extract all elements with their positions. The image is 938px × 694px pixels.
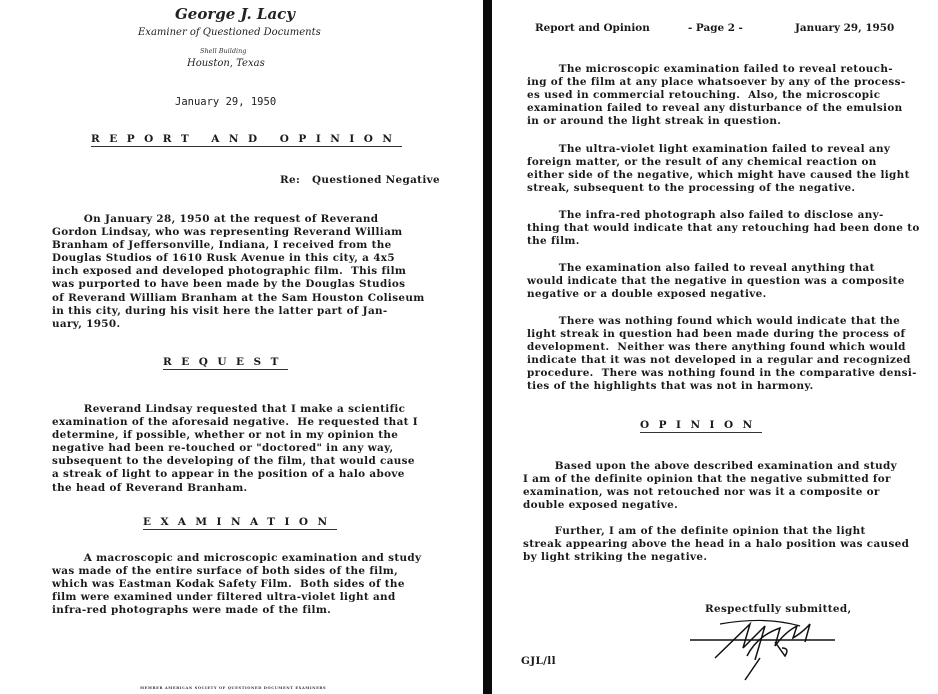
text-line: would indicate that the negative in ques… <box>527 275 905 288</box>
page2-header-left: Report and Opinion <box>535 22 650 34</box>
text-line: The infra-red photograph also failed to … <box>527 209 920 222</box>
request-heading: REQUEST <box>163 356 288 368</box>
intro-paragraph: On January 28, 1950 at the request of Re… <box>52 213 425 331</box>
text-line: On January 28, 1950 at the request of Re… <box>52 213 425 226</box>
text-line: in this city, during his visit here the … <box>52 305 425 318</box>
closing-text: Respectfully submitted, <box>705 603 851 616</box>
text-line: infra-red photographs were made of the f… <box>52 604 421 617</box>
text-line: subsequent to the developing of the film… <box>52 455 418 468</box>
text-line: The examination also failed to reveal an… <box>527 262 905 275</box>
text-line: either side of the negative, which might… <box>527 169 910 182</box>
page-divider <box>483 0 492 694</box>
text-line: procedure. There was nothing found in th… <box>527 367 917 380</box>
text-line: streak appearing above the head in a hal… <box>523 538 909 551</box>
text-line: A macroscopic and microscopic examinatio… <box>52 552 421 565</box>
subject-line: Re: Questioned Negative <box>280 174 440 187</box>
text-line: examination, was not retouched nor was i… <box>523 486 897 499</box>
opinion-paragraph-2: Further, I am of the definite opinion th… <box>523 525 909 564</box>
text-line: Gordon Lindsay, who was representing Rev… <box>52 226 425 239</box>
page2-header-page: - Page 2 - <box>688 22 743 34</box>
text-line: negative or a double exposed negative. <box>527 288 905 301</box>
letterhead-city: Houston, Texas <box>187 58 265 69</box>
text-line: indicate that it was not developed in a … <box>527 354 917 367</box>
text-line: thing that would indicate that any retou… <box>527 222 920 235</box>
text-line: I am of the definite opinion that the ne… <box>523 473 897 486</box>
letterhead-title: Examiner of Questioned Documents <box>138 27 321 38</box>
opinion-paragraph-1: Based upon the above described examinati… <box>523 460 897 512</box>
page2-paragraph-5: There was nothing found which would indi… <box>527 315 917 394</box>
letterhead-name: George J. Lacy <box>175 5 295 23</box>
text-line: a streak of light to appear in the posit… <box>52 468 418 481</box>
text-line: in or around the light streak in questio… <box>527 115 906 128</box>
text-line: Based upon the above described examinati… <box>523 460 897 473</box>
text-line: was made of the entire surface of both s… <box>52 565 421 578</box>
text-line: examination failed to reveal any disturb… <box>527 102 906 115</box>
text-line: es used in commercial retouching. Also, … <box>527 89 906 102</box>
signature-icon <box>685 618 865 688</box>
text-line: The ultra-violet light examination faile… <box>527 143 910 156</box>
typist-initials: GJL/ll <box>521 655 556 668</box>
text-line: which was Eastman Kodak Safety Film. Bot… <box>52 578 421 591</box>
text-line: foreign matter, or the result of any che… <box>527 156 910 169</box>
letterhead-footer: MEMBER AMERICAN SOCIETY OF QUESTIONED DO… <box>140 686 326 690</box>
page2-paragraph-3: The infra-red photograph also failed to … <box>527 209 920 248</box>
text-line: The microscopic examination failed to re… <box>527 63 906 76</box>
text-line: There was nothing found which would indi… <box>527 315 917 328</box>
text-line: was purported to have been made by the D… <box>52 278 425 291</box>
examination-paragraph: A macroscopic and microscopic examinatio… <box>52 552 421 617</box>
opinion-heading: OPINION <box>640 419 762 431</box>
text-line: of Reverand William Branham at the Sam H… <box>52 292 425 305</box>
text-line: development. Neither was there anything … <box>527 341 917 354</box>
examination-heading: EXAMINATION <box>143 516 337 528</box>
letterhead-building: Shell Building <box>200 47 246 55</box>
page2-paragraph-1: The microscopic examination failed to re… <box>527 63 906 128</box>
text-line: Reverand Lindsay requested that I make a… <box>52 403 418 416</box>
text-line: Branham of Jeffersonville, Indiana, I re… <box>52 239 425 252</box>
text-line: light streak in question had been made d… <box>527 328 917 341</box>
text-line: uary, 1950. <box>52 318 425 331</box>
request-paragraph: Reverand Lindsay requested that I make a… <box>52 403 418 495</box>
text-line: by light striking the negative. <box>523 551 909 564</box>
text-line: the head of Reverand Branham. <box>52 482 418 495</box>
text-line: double exposed negative. <box>523 499 897 512</box>
text-line: negative had been re-touched or "doctore… <box>52 442 418 455</box>
text-line: ties of the highlights that was not in h… <box>527 380 917 393</box>
report-page-1: George J. Lacy Examiner of Questioned Do… <box>0 0 483 694</box>
page2-paragraph-2: The ultra-violet light examination faile… <box>527 143 910 195</box>
text-line: the film. <box>527 235 920 248</box>
text-line: Further, I am of the definite opinion th… <box>523 525 909 538</box>
text-line: Douglas Studios of 1610 Rusk Avenue in t… <box>52 252 425 265</box>
page2-header-date: January 29, 1950 <box>795 22 894 34</box>
report-title: REPORT AND OPINION <box>91 133 402 145</box>
report-date: January 29, 1950 <box>175 96 276 108</box>
text-line: examination of the aforesaid negative. H… <box>52 416 418 429</box>
page2-paragraph-4: The examination also failed to reveal an… <box>527 262 905 301</box>
text-line: streak, subsequent to the processing of … <box>527 182 910 195</box>
text-line: film were examined under filtered ultra-… <box>52 591 421 604</box>
text-line: determine, if possible, whether or not i… <box>52 429 418 442</box>
text-line: ing of the film at any place whatsoever … <box>527 76 906 89</box>
text-line: inch exposed and developed photographic … <box>52 265 425 278</box>
